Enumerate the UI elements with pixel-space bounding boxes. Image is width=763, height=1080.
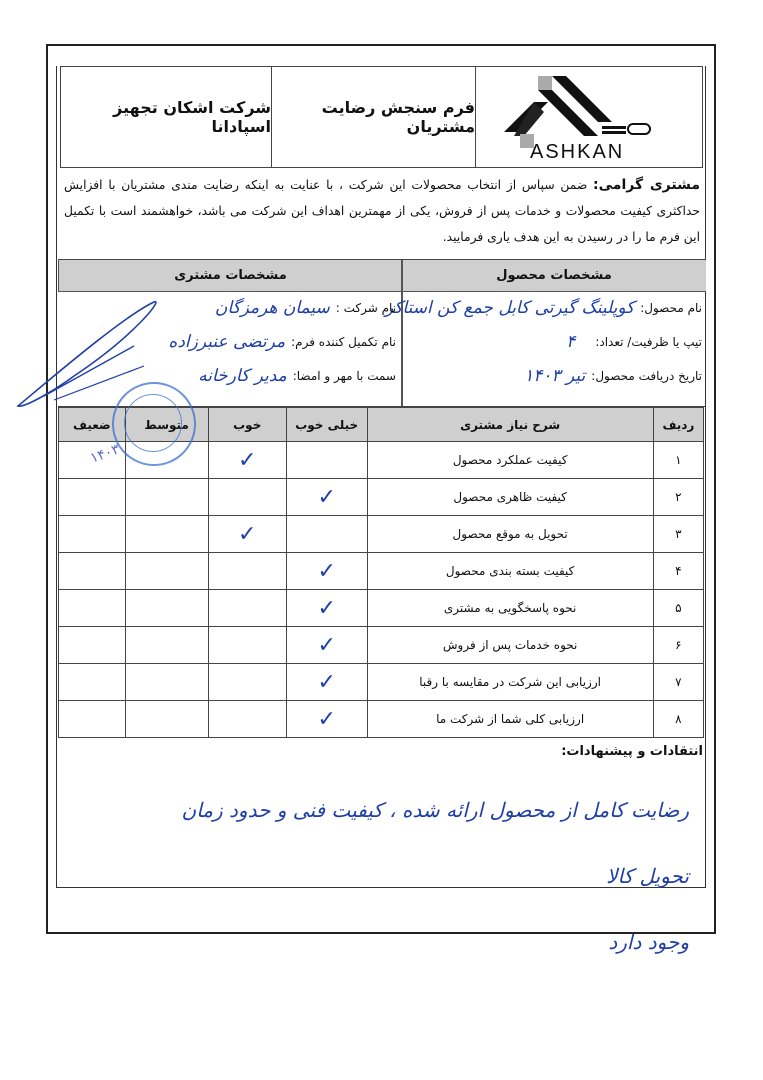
checkmark-icon: ✓ <box>238 448 256 473</box>
rating-cell-very-good[interactable]: ✓ <box>286 553 367 590</box>
product-name-label: نام محصول: <box>640 301 702 315</box>
checkmark-icon: ✓ <box>317 633 335 658</box>
product-type-value[interactable]: ۴ <box>566 332 575 352</box>
checkmark-icon: ✓ <box>317 707 335 732</box>
row-index: ۸ <box>653 701 703 738</box>
customer-position-label: سمت با مهر و امضا: <box>293 369 396 383</box>
rating-cell-very-good[interactable]: ✓ <box>286 664 367 701</box>
rating-cell-good[interactable] <box>208 627 286 664</box>
rating-cell-good[interactable]: ✓ <box>208 442 286 479</box>
rating-cell-weak[interactable] <box>59 701 126 738</box>
customer-section-title: مشخصات مشتری <box>58 260 402 292</box>
form-title: فرم سنجش رضایت مشتریان <box>271 67 475 167</box>
table-row: ۷ارزیابی این شرکت در مقایسه با رقبا✓ <box>59 664 704 701</box>
customer-position-field: سمت با مهر و امضا: مدیر کارخانه <box>198 366 396 386</box>
header-very-good: خیلی خوب <box>286 408 367 442</box>
customer-company-field: نام شرکت : سیمان هرمزگان <box>215 298 396 318</box>
rating-cell-weak[interactable] <box>59 627 126 664</box>
row-description: کیفیت عملکرد محصول <box>367 442 653 479</box>
row-description: نحوه پاسخگویی به مشتری <box>367 590 653 627</box>
customer-company-label: نام شرکت : <box>336 301 396 315</box>
product-name-field: نام محصول: کوپلینگ گیرتی کابل جمع کن است… <box>385 298 702 318</box>
header-description: شرح نیاز مشتری <box>367 408 653 442</box>
checkmark-icon: ✓ <box>317 559 335 584</box>
rating-cell-average[interactable] <box>125 664 208 701</box>
customer-filler-label: نام تکمیل کننده فرم: <box>291 335 396 349</box>
row-description: تحویل به موقع محصول <box>367 516 653 553</box>
rating-cell-very-good[interactable]: ✓ <box>286 590 367 627</box>
intro-paragraph: مشتری گرامی: ضمن سپاس از انتخاب محصولات … <box>58 172 706 250</box>
table-row: ۸ارزیابی کلی شما از شرکت ما✓ <box>59 701 704 738</box>
row-index: ۱ <box>653 442 703 479</box>
table-row: ۶نحوه خدمات پس از فروش✓ <box>59 627 704 664</box>
rating-cell-good[interactable]: ✓ <box>208 516 286 553</box>
rating-cell-weak[interactable] <box>59 553 126 590</box>
rating-cell-very-good[interactable] <box>286 516 367 553</box>
customer-company-value[interactable]: سیمان هرمزگان <box>215 298 330 318</box>
row-description: ارزیابی این شرکت در مقایسه با رقبا <box>367 664 653 701</box>
rating-cell-good[interactable] <box>208 590 286 627</box>
row-description: نحوه خدمات پس از فروش <box>367 627 653 664</box>
header-good: خوب <box>208 408 286 442</box>
rating-cell-good[interactable] <box>208 479 286 516</box>
table-row: ۳تحویل به موقع محصول✓ <box>59 516 704 553</box>
row-index: ۴ <box>653 553 703 590</box>
ashkan-logo: ASHKAN <box>475 67 702 167</box>
rating-cell-good[interactable] <box>208 664 286 701</box>
svg-text:ASHKAN: ASHKAN <box>530 141 624 162</box>
form-header: ASHKAN فرم سنجش رضایت مشتریان شرکت اشکان… <box>60 66 703 168</box>
customer-filler-value[interactable]: مرتضی عنبرزاده <box>168 332 285 352</box>
product-name-value[interactable]: کوپلینگ گیرتی کابل جمع کن استاکر <box>385 298 634 318</box>
table-row: ۴کیفیت بسته بندی محصول✓ <box>59 553 704 590</box>
row-description: ارزیابی کلی شما از شرکت ما <box>367 701 653 738</box>
table-row: ۵نحوه پاسخگویی به مشتری✓ <box>59 590 704 627</box>
critiques-label: انتقادات و پیشنهادات: <box>561 744 703 759</box>
row-index: ۵ <box>653 590 703 627</box>
stamp-inner-ring <box>124 394 182 452</box>
rating-cell-very-good[interactable]: ✓ <box>286 627 367 664</box>
row-description: کیفیت بسته بندی محصول <box>367 553 653 590</box>
critiques-line-1: رضایت کامل از محصول ارائه شده ، کیفیت فن… <box>182 798 690 888</box>
rating-cell-good[interactable] <box>208 553 286 590</box>
critiques-text[interactable]: رضایت کامل از محصول ارائه شده ، کیفیت فن… <box>129 778 689 976</box>
row-index: ۶ <box>653 627 703 664</box>
rating-cell-very-good[interactable]: ✓ <box>286 701 367 738</box>
row-index: ۷ <box>653 664 703 701</box>
checkmark-icon: ✓ <box>317 485 335 510</box>
product-date-value[interactable]: تیر ۱۴۰۳ <box>524 366 585 386</box>
rating-cell-average[interactable] <box>125 479 208 516</box>
rating-cell-average[interactable] <box>125 590 208 627</box>
rating-cell-average[interactable] <box>125 627 208 664</box>
checkmark-icon: ✓ <box>238 522 256 547</box>
rating-cell-weak[interactable] <box>59 516 126 553</box>
product-type-field: تیپ یا ظرفیت/ تعداد: ۴ <box>566 332 702 352</box>
rating-cell-average[interactable] <box>125 516 208 553</box>
rating-cell-average[interactable] <box>125 553 208 590</box>
company-name: شرکت اشکان تجهیز اسپادانا <box>61 67 271 167</box>
rating-cell-very-good[interactable]: ✓ <box>286 479 367 516</box>
info-divider <box>401 260 403 406</box>
rating-cell-weak[interactable] <box>59 479 126 516</box>
rating-cell-good[interactable] <box>208 701 286 738</box>
product-date-label: تاریخ دریافت محصول: <box>591 369 702 383</box>
company-stamp-icon: ۱۴۰۳ <box>112 382 196 466</box>
customer-position-value[interactable]: مدیر کارخانه <box>198 366 287 386</box>
critiques-line-2: وجود دارد <box>608 930 689 954</box>
row-index: ۲ <box>653 479 703 516</box>
rating-cell-very-good[interactable] <box>286 442 367 479</box>
rating-cell-weak[interactable] <box>59 664 126 701</box>
salutation: مشتری گرامی: <box>593 177 700 193</box>
checkmark-icon: ✓ <box>317 596 335 621</box>
product-type-label: تیپ یا ظرفیت/ تعداد: <box>595 335 702 349</box>
product-section-title: مشخصات محصول <box>402 260 706 292</box>
row-description: کیفیت ظاهری محصول <box>367 479 653 516</box>
header-index: ردیف <box>653 408 703 442</box>
rating-cell-weak[interactable] <box>59 590 126 627</box>
customer-filler-field: نام تکمیل کننده فرم: مرتضی عنبرزاده <box>168 332 396 352</box>
row-index: ۳ <box>653 516 703 553</box>
rating-cell-average[interactable] <box>125 701 208 738</box>
checkmark-icon: ✓ <box>317 670 335 695</box>
product-date-field: تاریخ دریافت محصول: تیر ۱۴۰۳ <box>524 366 702 386</box>
ashkan-logo-icon: ASHKAN <box>494 72 684 162</box>
table-row: ۲کیفیت ظاهری محصول✓ <box>59 479 704 516</box>
